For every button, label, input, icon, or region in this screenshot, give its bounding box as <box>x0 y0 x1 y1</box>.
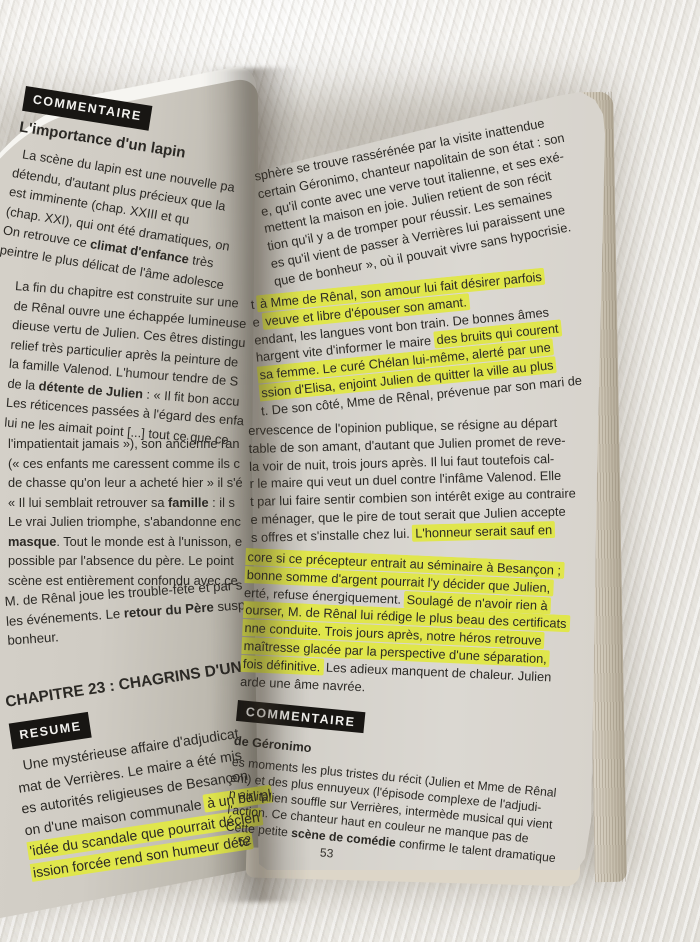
text-segment: : il s <box>209 495 235 510</box>
text-segment: « Il lui semblait retrouver sa <box>8 495 168 510</box>
text-segment: arde une âme navrée. <box>240 673 366 693</box>
text-segment: famille <box>168 495 209 510</box>
text-line: l'impatientait jamais »), son ancienne r… <box>8 434 252 454</box>
text-segment: retour du Père <box>123 599 214 620</box>
right-page-block: ervescence de l'opinion publique, se rés… <box>248 413 591 546</box>
text-segment: . Tout le monde est à l'unisson, e <box>56 534 242 549</box>
text-segment: de chasse qu'on leur a acheté hier » il … <box>8 475 243 490</box>
text-segment: susp <box>213 597 246 614</box>
commentaire-label: COMMENTAIRE <box>236 700 365 733</box>
right-page-block: t à Mme de Rênal, son amour lui fait dés… <box>250 263 600 420</box>
text-segment: l'impatientait jamais »), son ancienne r… <box>8 436 240 451</box>
resume-label: RESUME <box>9 711 93 749</box>
text-segment: possible par l'absence du père. Le point <box>8 553 234 568</box>
chapter-heading: CHAPITRE 23 : CHAGRINS D'UN FON <box>4 655 254 713</box>
text-line: « Il lui semblait retrouver sa famille :… <box>8 493 252 513</box>
text-line: Le vrai Julien triomphe, s'abandonne enc <box>8 512 252 532</box>
text-line: (« ces enfants me caressent comme ils c <box>8 454 252 474</box>
photo-open-book: COMMENTAIRE L'importance d'un lapin La s… <box>0 0 700 942</box>
text-line: de chasse qu'on leur a acheté hier » il … <box>8 473 252 493</box>
text-segment: Le vrai Julien triomphe, s'abandonne enc <box>8 514 241 529</box>
left-page-block: l'impatientait jamais »), son ancienne r… <box>8 434 252 590</box>
text-segment: masque <box>8 534 56 549</box>
text-segment: (« ces enfants me caressent comme ils c <box>8 456 240 471</box>
text-segment: s offres et s'installe chez lui. <box>251 525 414 544</box>
text-line: masque. Tout le monde est à l'unisson, e <box>8 532 252 552</box>
left-page-top-block: COMMENTAIRE L'importance d'un lapin La s… <box>0 86 263 296</box>
text-segment: bonheur. <box>7 629 59 648</box>
text-segment: très <box>188 252 215 271</box>
text-line: possible par l'absence du père. Le point <box>8 551 252 571</box>
left-page-block: La fin du chapitre est construite sur un… <box>4 276 257 451</box>
highlighted-text: L'honneur serait sauf en <box>412 521 555 542</box>
page-number-53: 53 <box>319 845 334 860</box>
right-page-block: core si ce précepteur entrait au séminai… <box>240 548 586 705</box>
right-page-block: sphère se trouve rassérénée par la visit… <box>253 106 610 290</box>
text-segment: de la <box>7 375 39 392</box>
highlighted-text: fois définitive. <box>241 655 324 676</box>
